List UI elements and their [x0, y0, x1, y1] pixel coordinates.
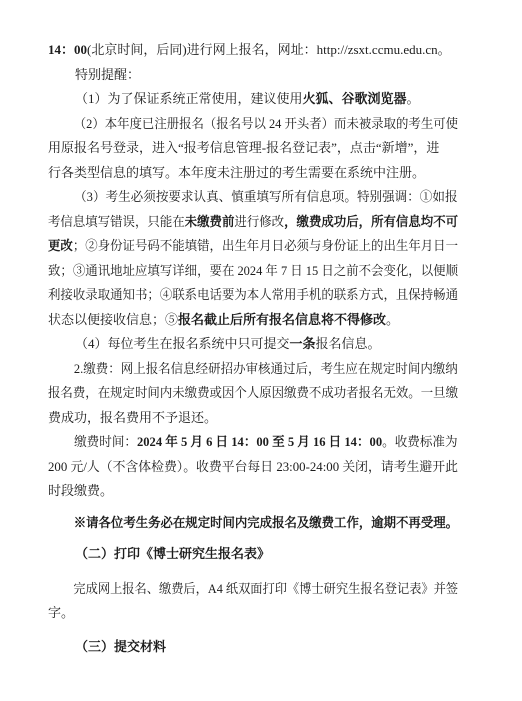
first-line-indent: [48, 78, 75, 79]
text-run: 用原报名号登录，进入“报考信息管理-报名登记表”，点击“新增”，进: [48, 140, 439, 155]
first-line-indent: [48, 200, 74, 201]
text-run: ※请各位考生务必在规定时间内完成报名及缴费工作，逾期不再受理。: [74, 515, 458, 530]
text-run: （4）每位考生在报名系统中只可提交: [75, 336, 290, 351]
text-run: 报名费，在规定时间内未缴费或因个人原因缴费不成功者报名无效。一旦缴: [48, 385, 458, 400]
text-run: 状态以便接收信息；⑤: [48, 312, 178, 327]
text-run: 进行修改: [234, 214, 284, 229]
text-run: (北京时间，后同)进行网上报名，网址：http://zsxt.ccmu.edu.…: [87, 42, 451, 57]
text-run: 2024 年 5 月 6 日 14：00 至 5 月 16 日 14：00: [137, 434, 382, 449]
text-run: 。: [407, 91, 420, 106]
text-line: 2.缴费：网上报名信息经研招办审核通过后，考生应在规定时间内缴纳: [48, 357, 442, 382]
text-run: 行各类型信息的填写。本年度未注册过的考生需要在系统中注册。: [48, 165, 425, 180]
text-line: 完成网上报名、缴费后，A4 纸双面打印《博士研究生报名登记表》并签: [48, 577, 434, 602]
text-line: 报名费，在规定时间内未缴费或因个人原因缴费不成功者报名无效。一旦缴: [48, 381, 440, 406]
text-line: （2）本年度已注册报名（报名号以 24 开头者）而未被录取的考生可使: [48, 112, 439, 137]
text-run: 缴费时间：: [74, 434, 137, 449]
text-run: （1）为了保证系统正常使用，建议使用: [75, 91, 303, 106]
text-run: 字。: [48, 605, 74, 620]
text-run: （2）本年度已注册报名（报名号以 24 开头者）而未被录取的考生可使: [74, 116, 458, 131]
text-line: 致；③通讯地址应填写详细，要在 2024 年 7 日 15 日之前不会变化，以便…: [48, 259, 440, 284]
first-line-indent: [48, 557, 75, 558]
text-run: 致；③通讯地址应填写详细，要在 2024 年 7 日 15 日之前不会变化，以便…: [48, 263, 458, 278]
text-line: （1）为了保证系统正常使用，建议使用火狐、谷歌浏览器。: [48, 87, 458, 112]
text-run: 。: [386, 312, 399, 327]
text-line: 利接收录取通知书；④联系电话要为本人常用手机的联系方式，且保持畅通: [48, 283, 440, 308]
document-body: 14：00(北京时间，后同)进行网上报名，网址：http://zsxt.ccmu…: [48, 38, 458, 659]
first-line-indent: [48, 102, 75, 103]
first-line-indent: [48, 445, 74, 446]
text-line: 考信息填写错误，只能在未缴费前进行修改，缴费成功后，所有信息均不可: [48, 210, 440, 235]
text-run: 费成功，报名费用不予退还。: [48, 410, 217, 425]
first-line-indent: [48, 347, 75, 348]
text-line: ※请各位考生务必在规定时间内完成报名及缴费工作，逾期不再受理。: [48, 511, 439, 536]
text-line: 状态以便接收信息；⑤报名截止后所有报名信息将不得修改。: [48, 308, 458, 333]
text-run: 更改: [48, 238, 73, 253]
document-page: 14：00(北京时间，后同)进行网上报名，网址：http://zsxt.ccmu…: [0, 0, 522, 701]
text-run: 火狐、谷歌浏览器: [303, 91, 407, 106]
text-run: 时段缴费。: [48, 483, 113, 498]
text-run: 报名信息。: [316, 336, 381, 351]
text-run: ；②身份证号码不能填错，出生年月日必须与身份证上的出生年月日一: [73, 238, 458, 253]
text-run: 完成网上报名、缴费后，A4 纸双面打印《博士研究生报名登记表》并签: [73, 581, 458, 596]
text-run: 未缴费前: [185, 214, 235, 229]
text-line: 用原报名号登录，进入“报考信息管理-报名登记表”，点击“新增”，进: [48, 136, 458, 161]
text-run: 200 元/人（不含体检费）。收费平台每日 23:00-24:00 关闭，请考生…: [48, 459, 458, 474]
text-line: 200 元/人（不含体检费）。收费平台每日 23:00-24:00 关闭，请考生…: [48, 455, 453, 480]
text-line: 14：00(北京时间，后同)进行网上报名，网址：http://zsxt.ccmu…: [48, 38, 458, 63]
text-line: （3）考生必须按要求认真、慎重填写所有信息项。特别强调：①如报: [48, 185, 444, 210]
text-run: （3）考生必须按要求认真、慎重填写所有信息项。特别强调：①如报: [74, 189, 457, 204]
text-line: （4）每位考生在报名系统中只可提交一条报名信息。: [48, 332, 458, 357]
text-line: 时段缴费。: [48, 479, 458, 504]
text-run: （二）打印《博士研究生报名表》: [75, 546, 270, 561]
text-run: 特别提醒：: [75, 67, 140, 82]
first-line-indent: [48, 127, 74, 128]
text-line: （三）提交材料: [48, 635, 458, 660]
text-line: 费成功，报名费用不予退还。: [48, 406, 458, 431]
first-line-indent: [48, 650, 75, 651]
text-run: （三）提交材料: [75, 639, 166, 654]
text-run: 报名截止后所有报名信息将不得修改: [178, 312, 386, 327]
first-line-indent: [48, 526, 74, 527]
text-run: 。收费标准为: [382, 434, 457, 449]
text-line: 行各类型信息的填写。本年度未注册过的考生需要在系统中注册。: [48, 161, 458, 186]
text-line: 字。: [48, 601, 458, 626]
text-run: 一条: [290, 336, 316, 351]
first-line-indent: [48, 592, 73, 593]
first-line-indent: [48, 372, 74, 373]
text-line: 缴费时间：2024 年 5 月 6 日 14：00 至 5 月 16 日 14：…: [48, 430, 444, 455]
text-run: 利接收录取通知书；④联系电话要为本人常用手机的联系方式，且保持畅通: [48, 287, 458, 302]
text-run: 14：00: [48, 42, 87, 57]
text-run: 考信息填写错误，只能在: [48, 214, 185, 229]
text-line: 特别提醒：: [48, 63, 458, 88]
text-line: （二）打印《博士研究生报名表》: [48, 542, 458, 567]
text-run: 2.缴费：网上报名信息经研招办审核通过后，考生应在规定时间内缴纳: [74, 361, 458, 376]
text-run: ，缴费成功后，所有信息均不可: [284, 214, 458, 229]
text-line: 更改；②身份证号码不能填错，出生年月日必须与身份证上的出生年月日一: [48, 234, 440, 259]
